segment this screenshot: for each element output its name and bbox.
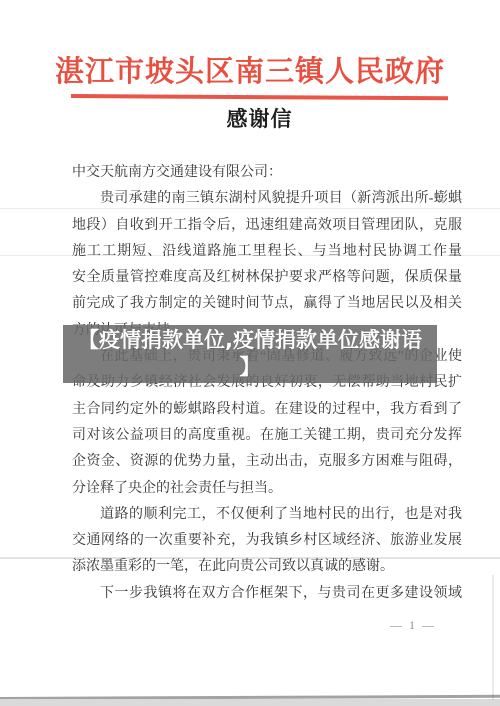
- caption-overlay: 【疫情捐款单位,疫情捐款单位感谢语 】: [63, 325, 437, 383]
- page-right-edge: [492, 575, 494, 700]
- scan-crease-line: [0, 208, 500, 209]
- letter-title: 感谢信: [71, 106, 448, 132]
- body-line: 司对该公益项目的高度重视。在施工关键工期，贵司充分发挥央: [72, 423, 462, 449]
- body-line: 地段）自收到开工指令后，迅速组建高效项目管理团队，克服了: [72, 213, 462, 239]
- caption-line-2: 】: [240, 354, 261, 381]
- letterhead-rule: [71, 94, 448, 100]
- page-bottom-shadow: [0, 699, 500, 706]
- body-line: 交通网络的一次重要补充，为我镇乡村区域经济、旅游业发展增: [72, 528, 462, 554]
- caption-line-1: 【疫情捐款单位,疫情捐款单位感谢语: [78, 327, 422, 354]
- body-line: 分诠释了央企的社会责任与担当。: [72, 476, 462, 502]
- page-number: — 1 —: [390, 618, 436, 632]
- letter-body: 中交天航南方交通建设有限公司： 贵司承建的南三镇东湖村风貌提升项目（新湾派出所-…: [72, 160, 462, 607]
- scanned-letter-page: 湛江市坡头区南三镇人民政府 感谢信 中交天航南方交通建设有限公司： 贵司承建的南…: [0, 0, 500, 706]
- body-line: 安全质量管控难度高及红树林保护要求严格等问题，保质保量提: [72, 265, 462, 291]
- body-line: 下一步我镇将在双方合作框架下，与贵司在更多建设领域继: [72, 581, 462, 607]
- body-line: 中交天航南方交通建设有限公司：: [72, 160, 462, 186]
- scan-crease-line: [0, 255, 500, 256]
- body-line: 主合同约定外的蟛蜞路段村道。在建设的过程中，我方看到了贵: [72, 397, 462, 423]
- body-line: 企资金、资源的优势力量，主动出击，克服多方困难与阻碍，充: [72, 449, 462, 475]
- body-line: 施工工期短、沿线道路施工里程长、与当地村民协调工作量大、: [72, 239, 462, 265]
- body-line: 道路的顺利完工，不仅便利了当地村民的出行，也是对我镇: [72, 502, 462, 528]
- issuer-title: 湛江市坡头区南三镇人民政府: [40, 53, 460, 91]
- body-line: 前完成了我方制定的关键时间节点，赢得了当地居民以及相关各: [72, 291, 462, 317]
- scan-crease-line: [0, 557, 500, 559]
